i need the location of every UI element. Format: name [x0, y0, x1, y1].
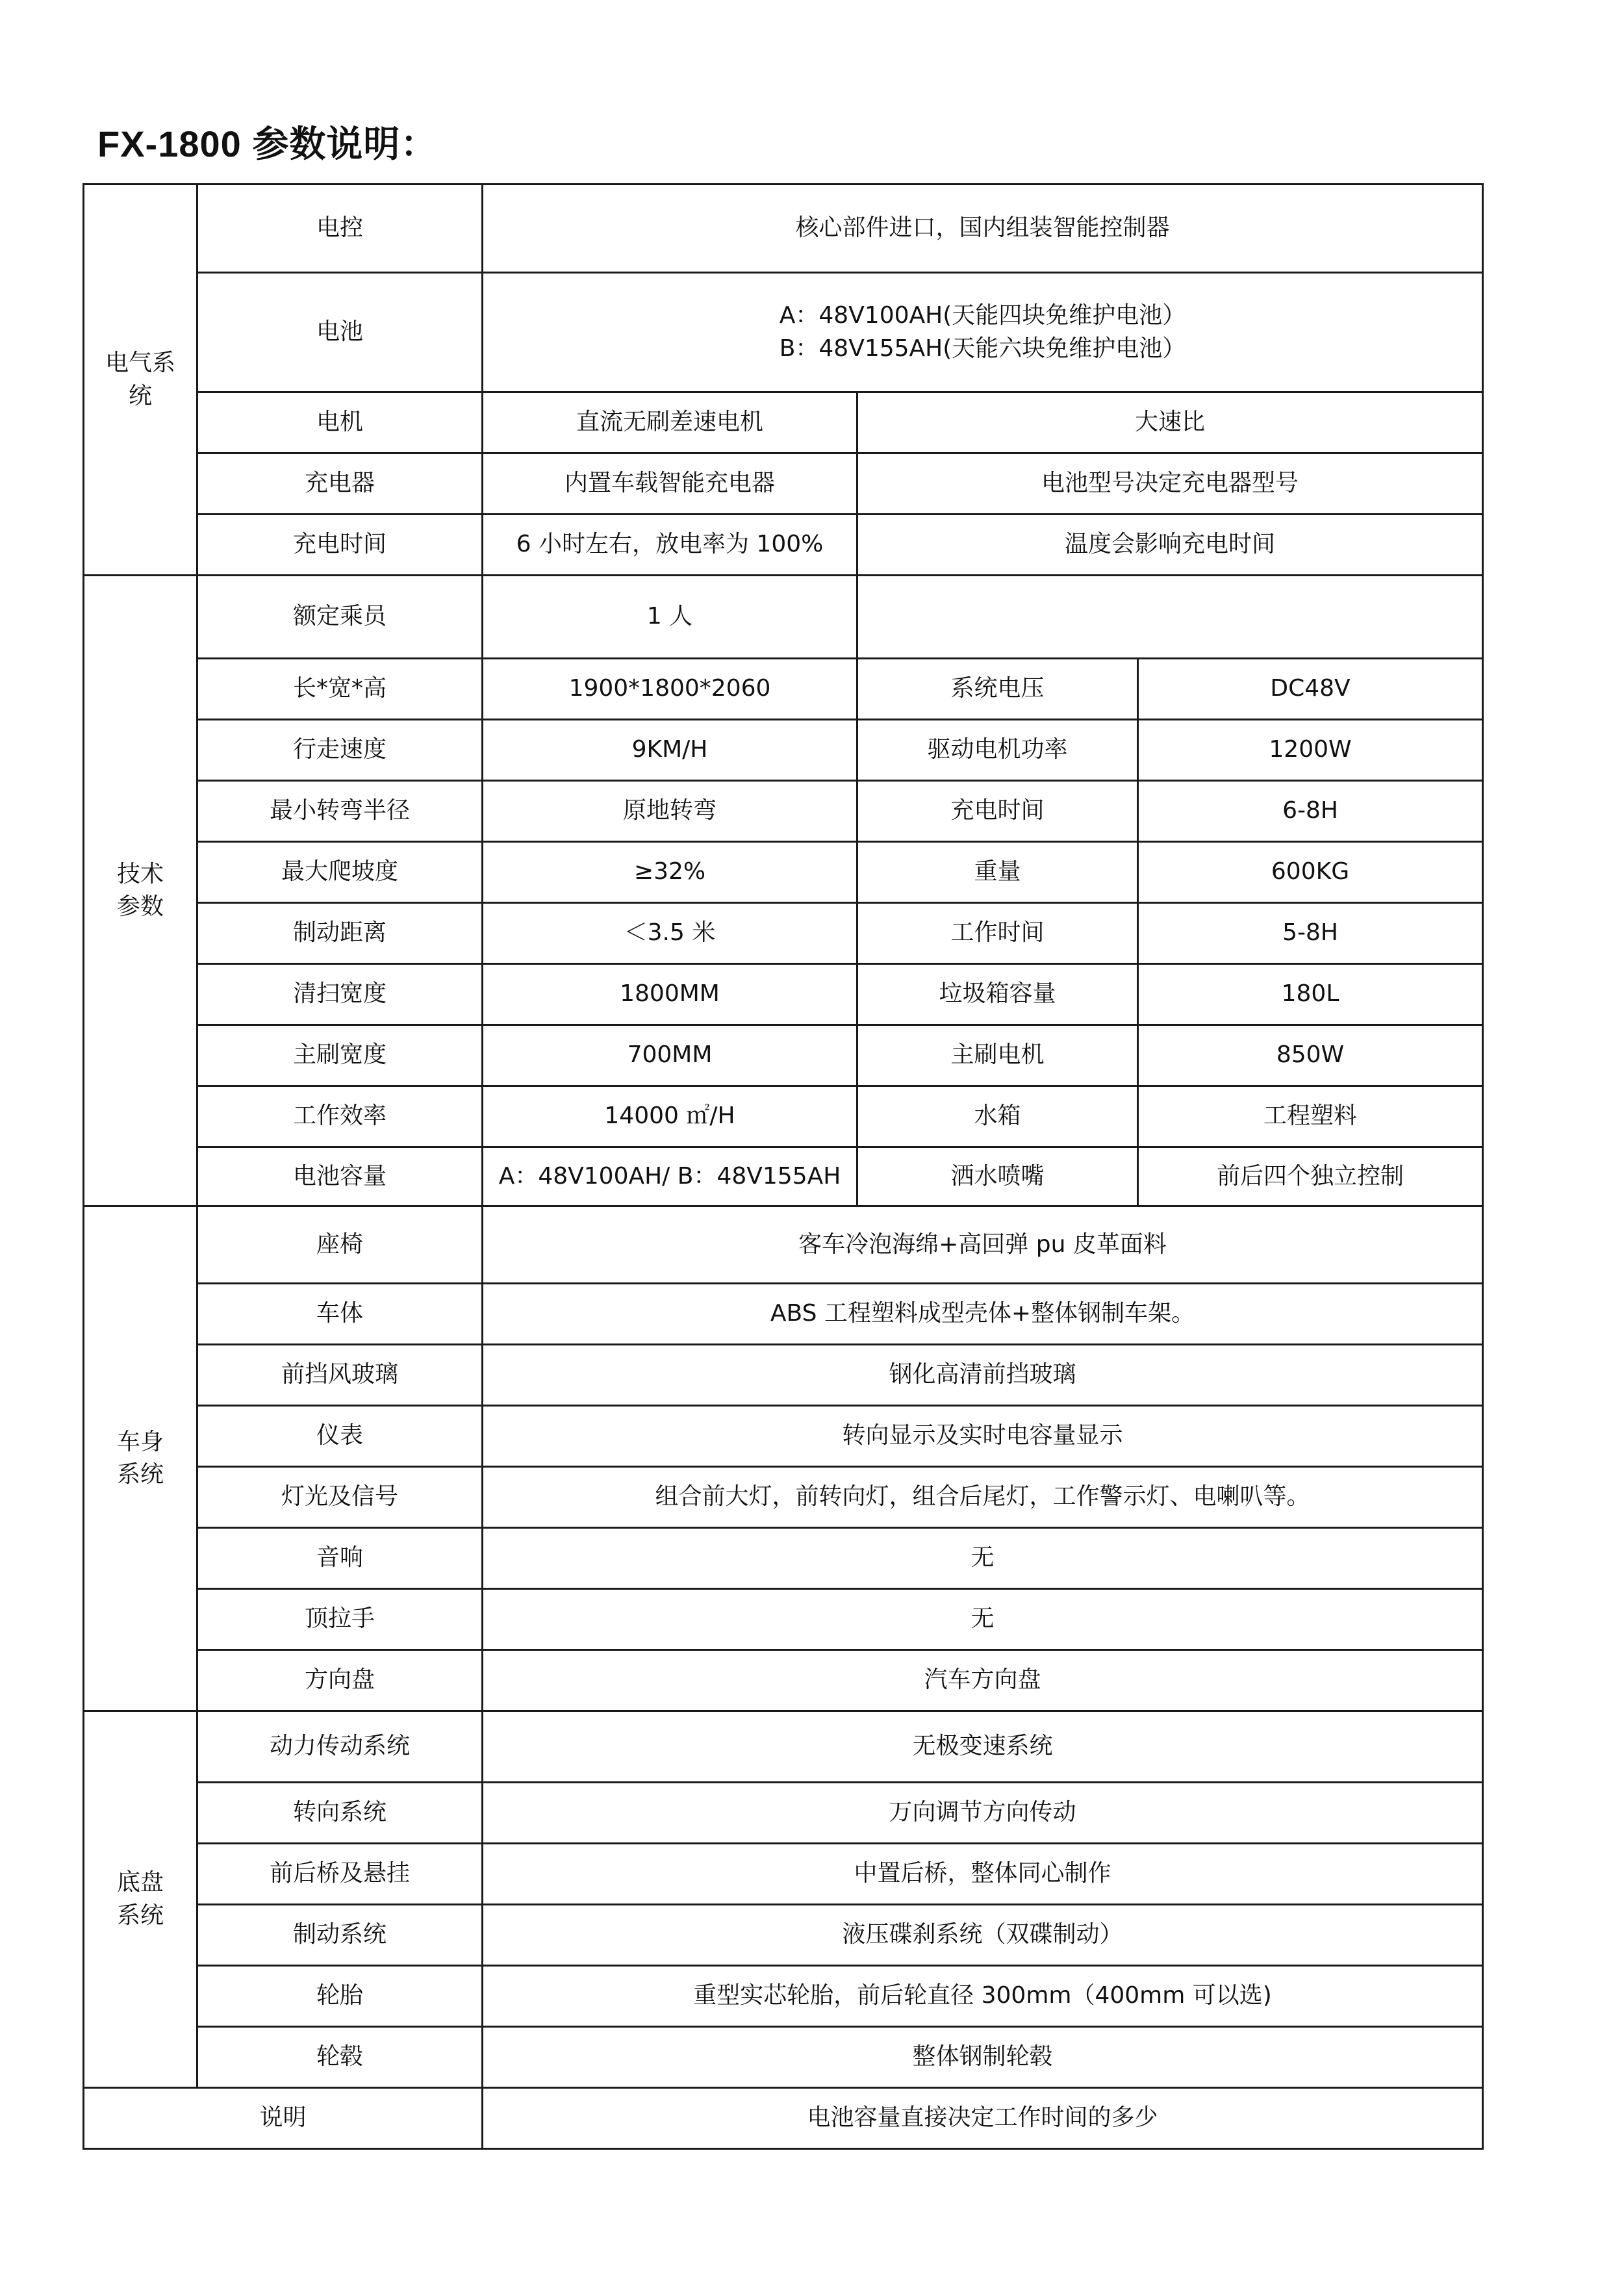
battery-option-b: B：48V155AH(天能六块免维护电池）	[490, 333, 1475, 365]
row-value-2: 5-8H	[1138, 903, 1483, 964]
row-value: 6 小时左右，放电率为 100%	[483, 515, 857, 576]
table-row: 主刷宽度 700MM 主刷电机 850W	[84, 1025, 1483, 1086]
table-row: 顶拉手 无	[84, 1589, 1483, 1650]
table-row: 充电时间 6 小时左右，放电率为 100% 温度会影响充电时间	[84, 515, 1483, 576]
row-label: 充电时间	[197, 515, 483, 576]
table-row: 充电器 内置车载智能充电器 电池型号决定充电器型号	[84, 453, 1483, 515]
row-note: 温度会影响充电时间	[857, 515, 1483, 576]
row-value: 原地转弯	[483, 781, 857, 842]
row-value: 1 人	[483, 576, 857, 659]
row-label-2: 驱动电机功率	[857, 720, 1138, 781]
row-value: 核心部件进口，国内组装智能控制器	[483, 185, 1483, 273]
battery-option-a: A：48V100AH(天能四块免维护电池）	[490, 299, 1475, 332]
table-row: 音响 无	[84, 1528, 1483, 1589]
row-value: 无	[483, 1528, 1483, 1589]
row-value: 内置车载智能充电器	[483, 453, 857, 515]
page-title: FX-1800 参数说明：	[97, 116, 437, 168]
table-row: 技术 参数 额定乘员 1 人	[84, 576, 1483, 659]
table-row: 轮胎 重型实芯轮胎，前后轮直径 300mm（400mm 可以选)	[84, 1966, 1483, 2027]
row-label-2: 水箱	[857, 1086, 1138, 1147]
row-value: ABS 工程塑料成型壳体+整体钢制车架。	[483, 1284, 1483, 1345]
row-label-2: 系统电压	[857, 659, 1138, 720]
row-label-2: 工作时间	[857, 903, 1138, 964]
row-label: 电控	[197, 185, 483, 273]
footer-value: 电池容量直接决定工作时间的多少	[483, 2088, 1483, 2149]
table-row: 前后桥及悬挂 中置后桥，整体同心制作	[84, 1844, 1483, 1905]
row-label-2: 垃圾箱容量	[857, 964, 1138, 1025]
row-value: 无极变速系统	[483, 1711, 1483, 1783]
row-value: 客车冷泡海绵+高回弹 pu 皮革面料	[483, 1206, 1483, 1284]
section-label-electrical: 电气系 统	[84, 185, 197, 576]
row-value-2: 前后四个独立控制	[1138, 1147, 1483, 1206]
row-value: 无	[483, 1589, 1483, 1650]
row-label: 清扫宽度	[197, 964, 483, 1025]
row-value: 整体钢制轮毂	[483, 2027, 1483, 2088]
row-label: 顶拉手	[197, 1589, 483, 1650]
row-value: ＜3.5 米	[483, 903, 857, 964]
table-row: 制动系统 液压碟刹系统（双碟制动）	[84, 1905, 1483, 1966]
table-row: 转向系统 万向调节方向传动	[84, 1783, 1483, 1844]
row-label: 充电器	[197, 453, 483, 515]
table-row: 电气系 统 电控 核心部件进口，国内组装智能控制器	[84, 185, 1483, 273]
section-label-technical: 技术 参数	[84, 576, 197, 1206]
table-row: 方向盘 汽车方向盘	[84, 1650, 1483, 1711]
row-value: 1800MM	[483, 964, 857, 1025]
table-row: 长*宽*高 1900*1800*2060 系统电压 DC48V	[84, 659, 1483, 720]
table-row: 行走速度 9KM/H 驱动电机功率 1200W	[84, 720, 1483, 781]
row-value: A：48V100AH(天能四块免维护电池） B：48V155AH(天能六块免维护…	[483, 273, 1483, 392]
row-label-2: 重量	[857, 842, 1138, 903]
row-label: 最小转弯半径	[197, 781, 483, 842]
row-label: 工作效率	[197, 1086, 483, 1147]
table-row: 轮毂 整体钢制轮毂	[84, 2027, 1483, 2088]
row-value: 700MM	[483, 1025, 857, 1086]
row-label: 电机	[197, 392, 483, 453]
table-row: 工作效率 14000 ㎡/H 水箱 工程塑料	[84, 1086, 1483, 1147]
row-label-2: 充电时间	[857, 781, 1138, 842]
row-label: 车体	[197, 1284, 483, 1345]
table-row: 最大爬坡度 ≥32% 重量 600KG	[84, 842, 1483, 903]
row-label: 行走速度	[197, 720, 483, 781]
row-value: ≥32%	[483, 842, 857, 903]
table-row: 最小转弯半径 原地转弯 充电时间 6-8H	[84, 781, 1483, 842]
row-empty	[857, 576, 1483, 659]
row-value-2: 850W	[1138, 1025, 1483, 1086]
row-label: 轮胎	[197, 1966, 483, 2027]
table-row-footer: 说明 电池容量直接决定工作时间的多少	[84, 2088, 1483, 2149]
row-label: 座椅	[197, 1206, 483, 1284]
row-label: 轮毂	[197, 2027, 483, 2088]
row-value: 中置后桥，整体同心制作	[483, 1844, 1483, 1905]
row-value: 直流无刷差速电机	[483, 392, 857, 453]
spec-table: 电气系 统 电控 核心部件进口，国内组装智能控制器 电池 A：48V100AH(…	[82, 183, 1484, 2150]
table-row: 电池 A：48V100AH(天能四块免维护电池） B：48V155AH(天能六块…	[84, 273, 1483, 392]
row-label: 电池容量	[197, 1147, 483, 1206]
row-value: 万向调节方向传动	[483, 1783, 1483, 1844]
row-value-2: 工程塑料	[1138, 1086, 1483, 1147]
row-value-2: 180L	[1138, 964, 1483, 1025]
table-row: 灯光及信号 组合前大灯，前转向灯，组合后尾灯，工作警示灯、电喇叭等。	[84, 1467, 1483, 1528]
row-label: 仪表	[197, 1406, 483, 1467]
row-label: 前挡风玻璃	[197, 1345, 483, 1406]
row-label: 电池	[197, 273, 483, 392]
row-value: 重型实芯轮胎，前后轮直径 300mm（400mm 可以选)	[483, 1966, 1483, 2027]
row-label: 额定乘员	[197, 576, 483, 659]
row-value-2: 6-8H	[1138, 781, 1483, 842]
table-row: 前挡风玻璃 钢化高清前挡玻璃	[84, 1345, 1483, 1406]
row-value: 9KM/H	[483, 720, 857, 781]
row-label: 灯光及信号	[197, 1467, 483, 1528]
table-row: 清扫宽度 1800MM 垃圾箱容量 180L	[84, 964, 1483, 1025]
row-note: 大速比	[857, 392, 1483, 453]
row-label: 动力传动系统	[197, 1711, 483, 1783]
footer-label: 说明	[84, 2088, 483, 2149]
row-value-2: 600KG	[1138, 842, 1483, 903]
row-label: 方向盘	[197, 1650, 483, 1711]
row-value: 14000 ㎡/H	[483, 1086, 857, 1147]
section-label-chassis: 底盘 系统	[84, 1711, 197, 2088]
row-value: 钢化高清前挡玻璃	[483, 1345, 1483, 1406]
row-value: 液压碟刹系统（双碟制动）	[483, 1905, 1483, 1966]
row-value: 转向显示及实时电容量显示	[483, 1406, 1483, 1467]
row-note: 电池型号决定充电器型号	[857, 453, 1483, 515]
row-label-2: 主刷电机	[857, 1025, 1138, 1086]
table-row: 车身 系统 座椅 客车冷泡海绵+高回弹 pu 皮革面料	[84, 1206, 1483, 1284]
section-label-body: 车身 系统	[84, 1206, 197, 1711]
row-label: 主刷宽度	[197, 1025, 483, 1086]
row-label: 长*宽*高	[197, 659, 483, 720]
row-label: 音响	[197, 1528, 483, 1589]
row-label: 最大爬坡度	[197, 842, 483, 903]
table-row: 电机 直流无刷差速电机 大速比	[84, 392, 1483, 453]
table-row: 车体 ABS 工程塑料成型壳体+整体钢制车架。	[84, 1284, 1483, 1345]
row-label: 转向系统	[197, 1783, 483, 1844]
row-label: 前后桥及悬挂	[197, 1844, 483, 1905]
row-value-2: DC48V	[1138, 659, 1483, 720]
row-value: A：48V100AH/ B：48V155AH	[483, 1147, 857, 1206]
row-value: 汽车方向盘	[483, 1650, 1483, 1711]
table-row: 仪表 转向显示及实时电容量显示	[84, 1406, 1483, 1467]
row-value: 组合前大灯，前转向灯，组合后尾灯，工作警示灯、电喇叭等。	[483, 1467, 1483, 1528]
table-row: 底盘 系统 动力传动系统 无极变速系统	[84, 1711, 1483, 1783]
table-row: 电池容量 A：48V100AH/ B：48V155AH 洒水喷嘴 前后四个独立控…	[84, 1147, 1483, 1206]
row-value-2: 1200W	[1138, 720, 1483, 781]
row-label-2: 洒水喷嘴	[857, 1147, 1138, 1206]
row-label: 制动系统	[197, 1905, 483, 1966]
row-label: 制动距离	[197, 903, 483, 964]
table-row: 制动距离 ＜3.5 米 工作时间 5-8H	[84, 903, 1483, 964]
row-value: 1900*1800*2060	[483, 659, 857, 720]
